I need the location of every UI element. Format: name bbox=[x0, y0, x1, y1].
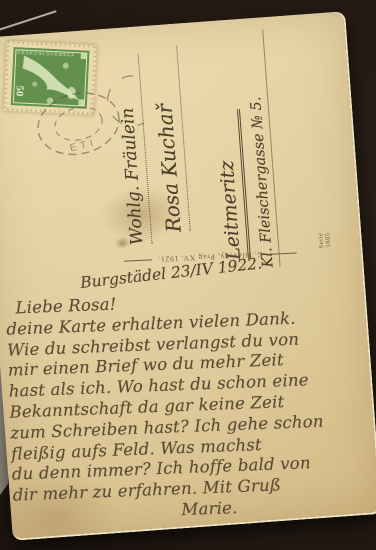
stamp-denomination: 50 bbox=[13, 85, 26, 97]
scratch-mark bbox=[0, 10, 57, 32]
address-lines: Wohlg. Fräulein Rosa Kuchař Leitmeritz K… bbox=[112, 15, 344, 280]
address-block: Wohlg. Fräulein Rosa Kuchař Leitmeritz K… bbox=[112, 13, 344, 278]
postmark-letters: ETI bbox=[69, 137, 98, 154]
postcard: ČESKOSLOVENSKÁ 50 ETI Wohlg. Fräulein Ro… bbox=[0, 11, 376, 541]
photo-background: ČESKOSLOVENSKÁ 50 ETI Wohlg. Fräulein Ro… bbox=[0, 0, 376, 550]
address-city: Leitmeritz bbox=[212, 109, 251, 261]
imprint-rule bbox=[124, 259, 152, 261]
message-block: Liebe Rosa! deine Karte erhalten vielen … bbox=[5, 285, 366, 527]
address-name: Rosa Kuchař bbox=[148, 46, 191, 234]
